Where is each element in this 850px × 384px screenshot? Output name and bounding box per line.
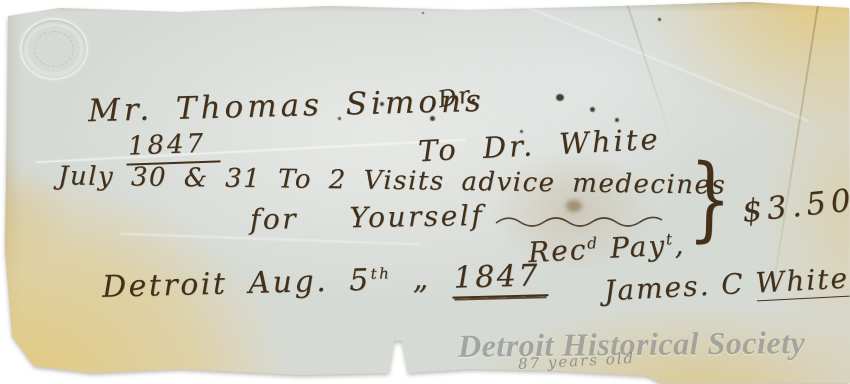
embossed-seal [20, 18, 88, 80]
paper-wrap: Mr. Thomas Simons Dr. 1847 To Dr. White … [0, 0, 850, 384]
fold-highlight [36, 139, 466, 164]
service-line-2: for Yourself [250, 199, 485, 236]
received-payment-line: Recd Payt, [527, 228, 686, 269]
ink-blot [422, 12, 424, 14]
receipt-photo: Mr. Thomas Simons Dr. 1847 To Dr. White … [0, 0, 850, 384]
service-line: July 30 & 31 To 2 Visits advice medecine… [58, 161, 727, 200]
signature: James. C White [603, 262, 850, 308]
ink-blot [556, 94, 564, 101]
aged-paper: Mr. Thomas Simons Dr. 1847 To Dr. White … [0, 0, 850, 384]
crease-line [772, 0, 821, 292]
received-pay: Pay [598, 229, 667, 265]
embossed-seal-inner-ring [34, 31, 74, 67]
ink-smudge [566, 200, 582, 212]
dateline-place: Detroit Aug. 5 [102, 263, 372, 305]
ink-blot [658, 18, 661, 21]
dateline: Detroit Aug. 5th „ 1847 [102, 258, 549, 305]
account-year: 1847 [125, 128, 220, 165]
ink-blot [615, 118, 619, 122]
billed-to-line: To Dr. White [417, 122, 661, 169]
ink-blot [590, 107, 595, 112]
flourish-dash [494, 214, 664, 228]
received-comma: , [673, 228, 686, 262]
amount-value: $3.50 [740, 182, 850, 230]
signature-last: White [755, 262, 850, 302]
recipient-line: Mr. Thomas Simons [88, 83, 486, 129]
dateline-separator: „ [412, 261, 431, 296]
dateline-ordinal: th [370, 264, 391, 283]
dateline-year: 1847 [451, 258, 548, 299]
brace-glyph: } [688, 156, 732, 243]
signature-first: James. C [603, 267, 756, 308]
